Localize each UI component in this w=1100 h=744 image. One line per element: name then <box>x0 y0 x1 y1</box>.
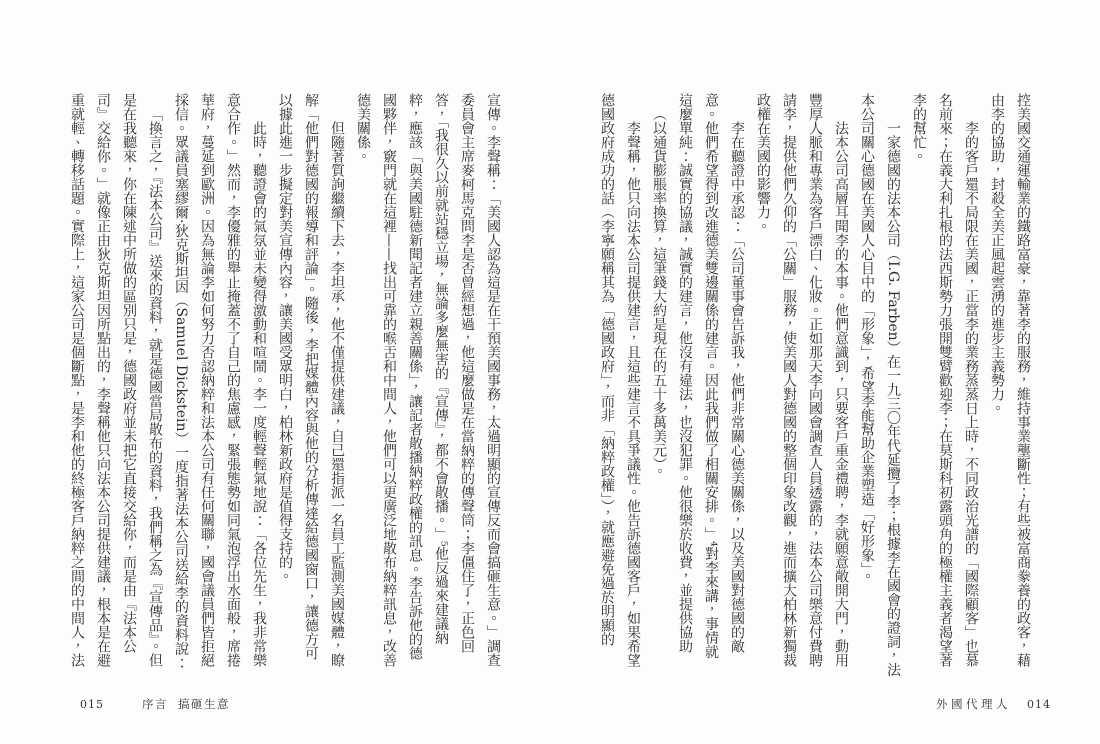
text-column: 政權在美國的影響力。 <box>750 93 776 687</box>
text-column: 豐厚人脈和專業為客戶漂白、化妝。正如那天李向國會調查人員透露的，法本公司樂意付費… <box>802 93 828 687</box>
running-head-section: 序言 <box>142 696 168 712</box>
text-column: 委員會主席麥柯馬克問李是否曾經想過，他這麼做是在當納粹的傳聲筒；李僵住了，正色回 <box>454 93 480 687</box>
text-column: 李的客戶還不局限在美國，正當李的業務蒸蒸日上時，不同政治光譜的「國際顧客」也慕 <box>958 93 984 687</box>
text-column: 意。他們希望得到改進德美雙邊關係的建言。因此我們做了相關安排。」⁴對李來講，事情… <box>698 93 724 687</box>
text-column: 控美國交通運輸業的鐵路富豪，靠著李的服務，維持事業壟斷性；有些被富商豢養的政客，… <box>1010 93 1036 687</box>
text-column: 採信。眾議員塞繆爾·狄克斯坦因（Samuel Dickstein）一度指著法本公… <box>168 93 194 687</box>
text-column: 宣傳。李聲稱：「美國人認為這是在干預美國事務，太過明顯的宣傳反而會搞砸生意。」調… <box>480 93 506 687</box>
text-column: 「換言之，『法本公司』送來的資料，就是德國當局散布的資料，我們稱之為『宣傳品』。… <box>142 93 168 687</box>
text-column: 華府，蔓延到歐洲。因為無論李如何努力否認納粹和法本公司有任何關聯，國會議員們皆拒… <box>194 93 220 687</box>
book-spread-scan: { "document": { "kind": "book-spread", "… <box>0 0 1100 744</box>
running-head-chapter: 搞砸生意 <box>178 696 230 712</box>
text-column: 李在聽證中承認：「公司董事會告訴我，他們非常關心德美關係，以及美國對德國的敵 <box>724 93 750 687</box>
text-column: 李的幫忙。 <box>906 93 932 687</box>
text-column: 法本公司高層耳聞李的本事。他們意識到，只要客戶重金禮聘，李就願意敞開大門，動用 <box>828 93 854 687</box>
page-right-text-block: 控美國交通運輸業的鐵路富豪，靠著李的服務，維持事業壟斷性；有些被富商豢養的政客，… <box>594 93 1036 687</box>
text-column: 粹，應該「與美國駐德新聞記者建立親善關係」，讓記者散播納粹政權的訊息。李告訴他的… <box>402 93 428 687</box>
running-head-book-title: 外國代理人 <box>936 696 1011 712</box>
page-left-footer: 015 序言 搞砸生意 <box>80 696 230 712</box>
page-right-footer: 外國代理人 014 <box>936 696 1051 712</box>
text-column: 本公司關心德國在美國人心目中的「形象」，希望李能幫助企業塑造「好形象」。 <box>854 93 880 687</box>
page-number-right: 014 <box>1027 698 1051 711</box>
page-left-text-block: 宣傳。李聲稱：「美國人認為這是在干預美國事務，太過明顯的宣傳反而會搞砸生意。」調… <box>64 93 506 687</box>
text-column: 此時，聽證會的氣氛並未變得激動和喧鬧。李一度輕聲輕氣地說：「各位先生，我非常樂 <box>246 93 272 687</box>
text-column: 以據此進一步擬定對美宣傳內容，讓美國受眾明白，柏林新政府是值得支持的。 <box>272 93 298 687</box>
text-column: 由李的協助，封殺全美正風起雲湧的進步主義勢力。 <box>984 93 1010 687</box>
text-column: 司』交給你。」就像正由狄克斯坦因所點出的，李聲稱他只向法本公司提供建議，根本是在… <box>90 93 116 687</box>
text-column: 但隨著質詢繼續下去，李坦承，他不僅提供建議，自己還指派一名員工監測美國媒體，瞭 <box>324 93 350 687</box>
text-column: 意合作。」然而，李優雅的舉止掩蓋不了自己的焦慮感，緊張態勢如同氣泡浮出水面般，席… <box>220 93 246 687</box>
text-column: 名前來；在義大利扎根的法西斯勢力張開雙臂歡迎李；在莫斯科初露頭角的極權主義者渴望… <box>932 93 958 687</box>
text-column: 答，「我很久以前就站穩立場，無論多麼無害的『宣傳』，都不會散播。」⁵他反過來建議… <box>428 93 454 687</box>
text-column: （以通貨膨脹率換算，這筆錢大約是現在的五十多萬美元）。 <box>646 93 672 687</box>
text-column: 國夥伴，竅門就在這裡——找出可靠的喉舌和中間人，他們可以更廣泛地散布納粹訊息，改… <box>376 93 402 687</box>
text-column: 請李，提供他們久仰的「公關」服務，使美國人對德國的整個印象改觀，進而擴大柏林新獨… <box>776 93 802 687</box>
text-column: 解「他們對德國的報導和評論」。隨後，李把媒體內容與他的分析傳達給德國窗口，讓德方… <box>298 93 324 687</box>
spread: 控美國交通運輸業的鐵路富豪，靠著李的服務，維持事業壟斷性；有些被富商豢養的政客，… <box>0 0 1100 744</box>
text-column: 德美關係。 <box>350 93 376 687</box>
text-column: 李聲稱，他只向法本公司提供建言，且這些建言不具爭議性。他告訴德國客戶，如果希望 <box>620 93 646 687</box>
text-column: 德國政府成功的話（李寧願稱其為「德國政府」，而非「納粹政權」），就應避免過於明顯… <box>594 93 620 687</box>
text-column: 這麼單純：誠實的協議，誠實的建言，他沒有違法，也沒犯罪。他很樂於收費，並提供協助 <box>672 93 698 687</box>
text-column: 一家德國的法本公司（I.G. Farben）在一九三〇年代延攬了李；根據李在國會… <box>880 93 906 687</box>
page-number-left: 015 <box>80 698 104 711</box>
text-column: 重就輕、轉移話題。實際上，這家公司是個斷點，是李和他的終極客戶納粹之間的中間人，… <box>64 93 90 687</box>
text-column: 是在我聽來，你在陳述中所做的區別只是，德國政府並未把它直接交給你，而是由『法本公 <box>116 93 142 687</box>
